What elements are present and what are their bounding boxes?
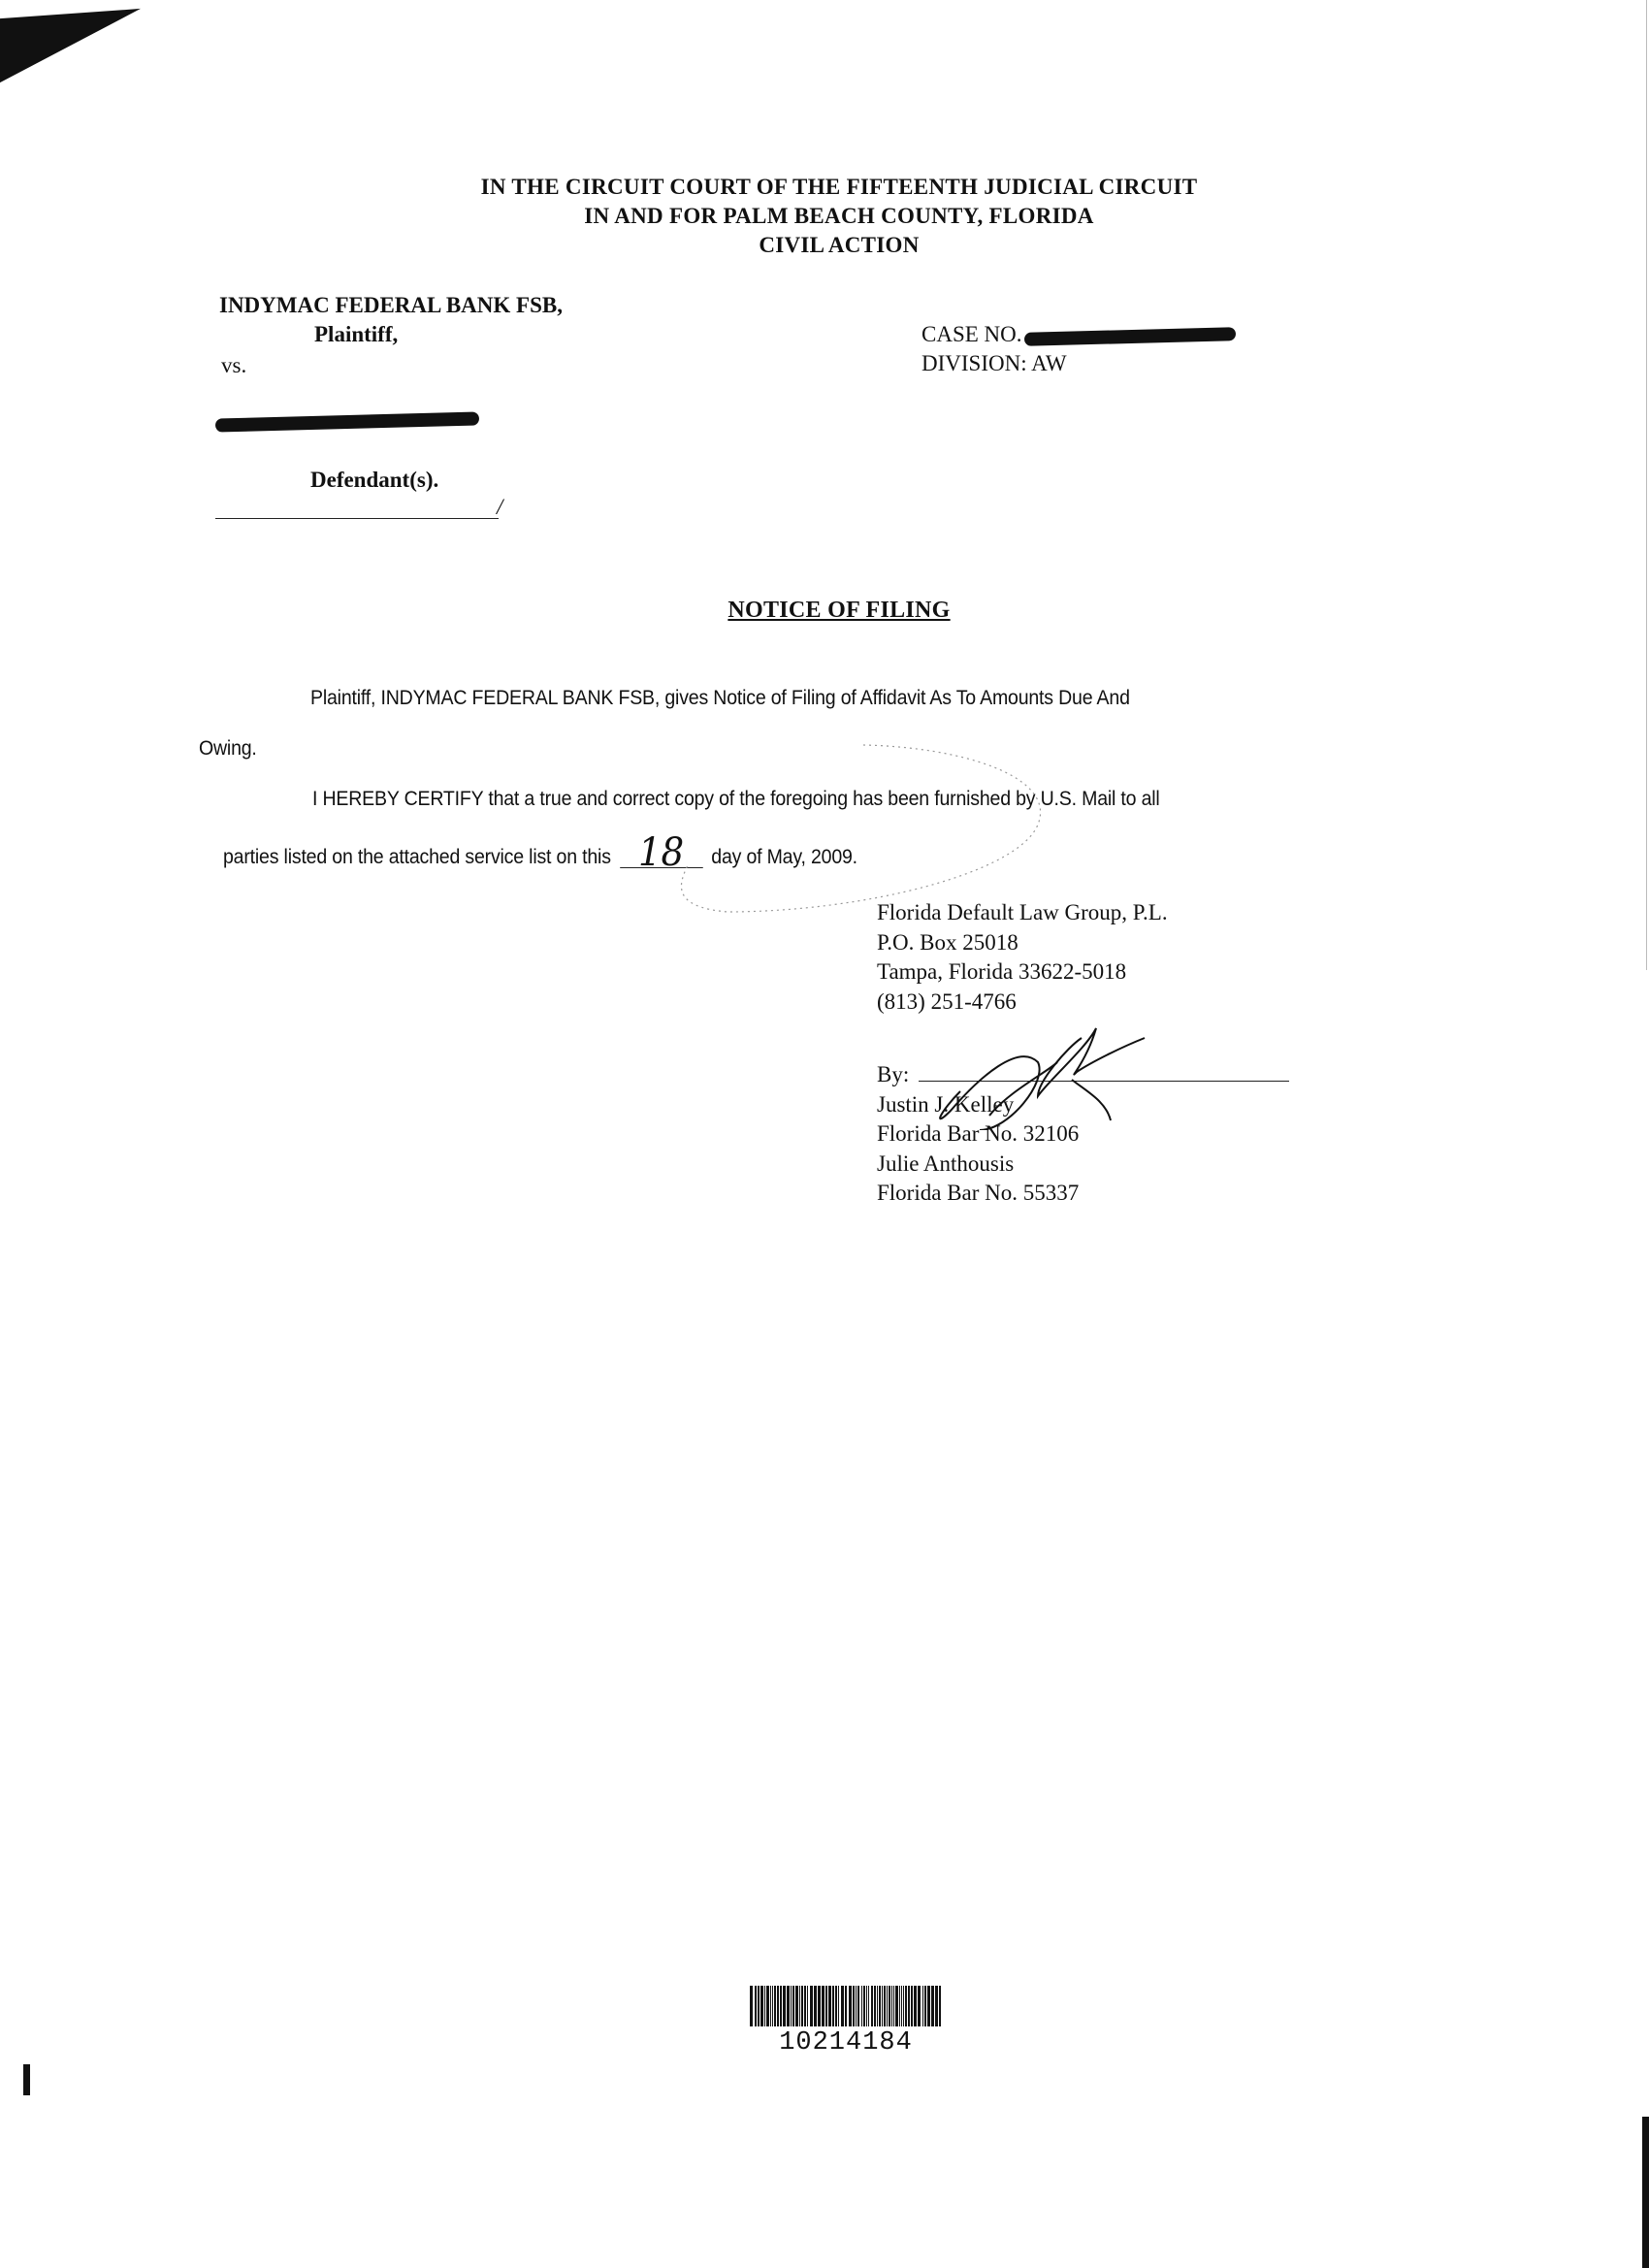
- firm-address2: Tampa, Florida 33622-5018: [877, 957, 1289, 988]
- court-header-line2: IN AND FOR PALM BEACH COUNTY, FLORIDA: [29, 202, 1649, 231]
- barcode: 10214184: [691, 1986, 1001, 2057]
- plaintiff-name: INDYMAC FEDERAL BANK FSB,: [219, 291, 563, 320]
- barcode-number: 10214184: [691, 2028, 1001, 2057]
- scan-edge-mark-left: [23, 2064, 30, 2095]
- defendant-label: Defendant(s).: [310, 466, 438, 495]
- attorney2-bar: Florida Bar No. 55337: [877, 1179, 1289, 1209]
- plaintiff-label: Plaintiff,: [314, 320, 398, 349]
- firm-name: Florida Default Law Group, P.L.: [877, 898, 1289, 928]
- firm-phone: (813) 251-4766: [877, 988, 1289, 1018]
- scan-edge-line: [1646, 0, 1647, 970]
- versus-label: vs.: [221, 351, 246, 380]
- case-number-label: CASE NO.: [921, 322, 1022, 346]
- court-header-line3: CIVIL ACTION: [29, 231, 1649, 260]
- caption-slash: /: [497, 493, 502, 522]
- division-value: AW: [1031, 351, 1066, 375]
- by-label: By:: [877, 1062, 909, 1086]
- division-label: DIVISION:: [921, 351, 1027, 375]
- court-header: IN THE CIRCUIT COURT OF THE FIFTEENTH JU…: [0, 173, 1649, 260]
- document-title: NOTICE OF FILING: [0, 598, 1649, 624]
- court-header-line1: IN THE CIRCUIT COURT OF THE FIFTEENTH JU…: [29, 173, 1649, 202]
- scan-edge-mark-right: [1642, 2117, 1649, 2268]
- firm-address1: P.O. Box 25018: [877, 928, 1289, 958]
- division: DIVISION: AW: [921, 349, 1067, 378]
- case-number-redacted: [1023, 327, 1235, 346]
- case-number: CASE NO.: [921, 320, 1236, 349]
- scan-corner-artifact: [0, 9, 141, 82]
- attorney2-name: Julie Anthousis: [877, 1150, 1289, 1180]
- notice-paragraph-line1: Plaintiff, INDYMAC FEDERAL BANK FSB, giv…: [310, 687, 1130, 710]
- defendant-name-redacted: [215, 413, 479, 431]
- caption-divider: [215, 518, 499, 519]
- handwritten-signature: [921, 1023, 1154, 1130]
- notice-paragraph-line2: Owing.: [199, 737, 257, 761]
- barcode-bars: [691, 1986, 1001, 2026]
